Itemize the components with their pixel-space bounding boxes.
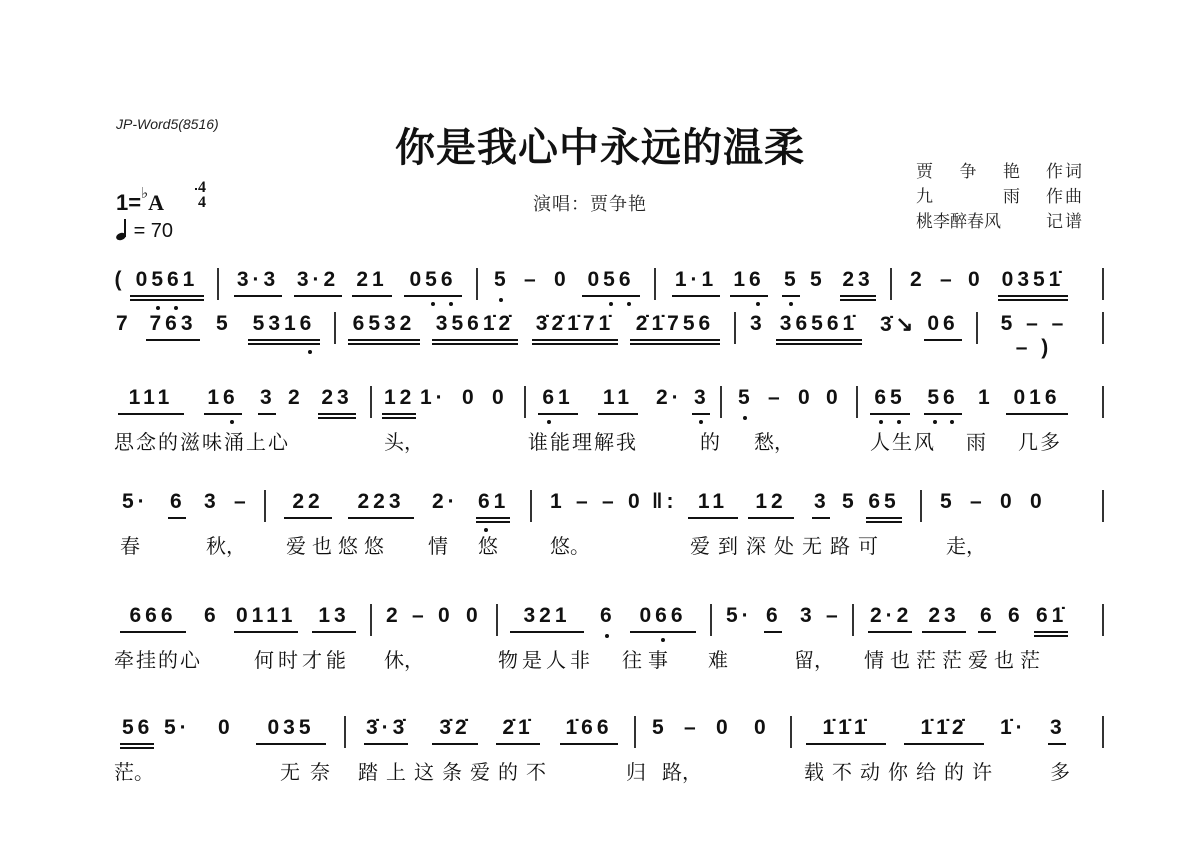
note-group: 0561 — [132, 268, 202, 292]
beam-underline — [866, 521, 902, 523]
notation-line: 77635531665323561̇2̇3̇2̇1̇71̇2̇1̇7563365… — [114, 304, 1104, 350]
note-group: 5 — [216, 312, 230, 336]
note-group: 6 — [980, 604, 994, 628]
octave-dot-below — [230, 420, 234, 424]
beam-underline — [510, 631, 584, 633]
notation-line: 5·63–222232·611––0‖:111235655–00 — [114, 482, 1104, 528]
beam-underline — [538, 413, 578, 415]
note-group: 223 — [350, 490, 412, 514]
note-group: 6 — [1008, 604, 1022, 628]
note-group: 016 — [1008, 386, 1066, 410]
note-group: 6 — [204, 604, 218, 628]
beam-underline — [348, 343, 420, 345]
note-group: 5 — [784, 268, 798, 292]
lyric-text: 茫。 — [114, 756, 154, 785]
note-group: 16 — [206, 386, 240, 410]
beam-underline — [764, 631, 782, 633]
beam-underline — [1034, 635, 1068, 637]
lyric-text: 往事 — [622, 644, 674, 673]
beam-underline — [120, 747, 154, 749]
barline — [344, 716, 346, 748]
note-group: 2· — [656, 386, 678, 410]
lyric-text: 头， — [384, 426, 424, 455]
note-group: 056 — [406, 268, 460, 292]
score-system-1: (05613·33·2210565–00561·11655232–00351̇ — [114, 260, 1104, 306]
note-group: 3 — [814, 490, 828, 514]
note-group: 5· — [164, 716, 186, 740]
note-group: 3̇2̇1̇71̇ — [534, 312, 616, 336]
beam-underline — [168, 517, 186, 519]
beam-underline — [582, 295, 640, 297]
note-group: 1· — [420, 386, 442, 410]
note-group: 763 — [148, 312, 198, 336]
barline — [790, 716, 792, 748]
octave-dot-below — [743, 416, 747, 420]
lyric-text: 愁， — [754, 426, 794, 455]
score-system-5: 66660111132–0032160665·63–2·2236661̇牵挂的心… — [114, 596, 1104, 642]
beam-underline — [806, 743, 886, 745]
beam-underline — [1034, 631, 1068, 633]
barline — [976, 312, 978, 344]
note-group: – — [576, 490, 590, 514]
note-group: 2 — [386, 604, 400, 628]
barline — [856, 386, 858, 418]
note-group: 0 — [628, 490, 642, 514]
note-group: 066 — [632, 604, 694, 628]
note-group: 1·1 — [674, 268, 718, 292]
barline — [852, 604, 854, 636]
barline-end — [1102, 268, 1104, 300]
lyrics-line: 牵挂的心何时才能休，物是人非往事难留，情也茫茫爱也茫 — [114, 644, 1104, 670]
barline — [634, 716, 636, 748]
note-group: 13 — [314, 604, 354, 628]
note-group: – — [412, 604, 426, 628]
octave-dot-below — [699, 420, 703, 424]
note-group: 5 — [940, 490, 954, 514]
beam-underline — [688, 517, 738, 519]
notation-line: 111163223121·0061112·35–0065561016 — [114, 378, 1104, 424]
barline — [920, 490, 922, 522]
octave-dot-below — [547, 420, 551, 424]
note-group: 0 — [466, 604, 480, 628]
note-group: 1̇1̇2̇ — [906, 716, 982, 740]
note-group: 22 — [286, 490, 330, 514]
lyric-text: 牵挂的心 — [114, 644, 202, 673]
note-group: 3·2 — [296, 268, 340, 292]
octave-dot-below — [499, 298, 503, 302]
note-group: 2· — [432, 490, 454, 514]
beam-underline — [748, 517, 794, 519]
barline — [720, 386, 722, 418]
lyric-text: 踏上这条爱的不 — [358, 756, 554, 785]
lyrics-line: 茫。无奈踏上这条爱的不归路，载不动你给的许多 — [114, 756, 1104, 782]
note-group: 65 — [868, 490, 900, 514]
beam-underline — [256, 743, 326, 745]
octave-dot-below — [879, 420, 883, 424]
note-group: 3 — [204, 490, 218, 514]
lyric-text: 爱也悠悠 — [286, 530, 390, 559]
beam-underline — [630, 339, 720, 341]
lyric-text: 路， — [662, 756, 702, 785]
note-group: 56 — [122, 716, 152, 740]
beam-underline — [922, 631, 966, 633]
note-group: 1̇1̇1̇ — [808, 716, 884, 740]
note-group: 3561̇2̇ — [434, 312, 516, 336]
barline — [710, 604, 712, 636]
octave-dot-below — [605, 634, 609, 638]
octave-dot-below — [897, 420, 901, 424]
lyric-text: 秋， — [206, 530, 246, 559]
note-group: 3̇2̇ — [434, 716, 476, 740]
beam-underline — [692, 413, 710, 415]
note-group: – — [970, 490, 984, 514]
barline — [524, 386, 526, 418]
barline — [496, 604, 498, 636]
barline-end — [1102, 312, 1104, 344]
beam-underline — [924, 339, 962, 341]
note-group: 056 — [584, 268, 638, 292]
barline — [264, 490, 266, 522]
note-group: 23 — [320, 386, 354, 410]
beam-underline — [294, 295, 342, 297]
barline-end — [1102, 716, 1104, 748]
barline-end — [1102, 604, 1104, 636]
octave-dot-below — [933, 420, 937, 424]
beam-underline — [432, 743, 478, 745]
note-group: 23 — [842, 268, 874, 292]
note-group: 12 — [750, 490, 792, 514]
barline — [217, 268, 219, 300]
lyric-text: 悠 — [478, 530, 498, 559]
note-group: – — [602, 490, 616, 514]
note-group: 6532 — [350, 312, 418, 336]
time-sig-divider — [195, 188, 197, 190]
notation-line: 565·00353̇·3̇3̇2̇2̇1̇1̇665–001̇1̇1̇1̇1̇2… — [114, 708, 1104, 754]
lyric-text: 难 — [708, 644, 728, 673]
octave-dot-below — [661, 638, 665, 642]
lyric-text: 春 — [120, 530, 140, 559]
note-group: ‖: — [652, 490, 674, 514]
note-group: 3 — [750, 312, 764, 336]
note-group: 56 — [926, 386, 960, 410]
time-signature: 4 4 — [194, 180, 210, 210]
lyric-text: 无奈 — [280, 756, 340, 785]
beam-underline — [476, 521, 510, 523]
beam-underline — [840, 295, 876, 297]
note-group: 1̇· — [1000, 716, 1022, 740]
score-system-4: 5·63–222232·611––0‖:111235655–00春秋，爱也悠悠情… — [114, 482, 1104, 528]
lyric-text: 何时才能 — [254, 644, 350, 673]
lyric-text: 思念的滋味涌上心 — [114, 426, 290, 455]
beam-underline — [532, 339, 618, 341]
note-group: 16 — [732, 268, 766, 292]
note-group: 0 — [754, 716, 768, 740]
key-prefix: 1= — [116, 190, 141, 215]
credit-composer: 九 雨 作曲 — [916, 185, 1084, 210]
score-system-3: 111163223121·0061112·35–0065561016思念的滋味涌… — [114, 378, 1104, 424]
barline — [334, 312, 336, 344]
barline — [890, 268, 892, 300]
note-group: 0 — [1000, 490, 1014, 514]
note-group: 5 — [738, 386, 752, 410]
beam-underline — [904, 743, 984, 745]
note-group: – — [768, 386, 782, 410]
note-group: 2·2 — [870, 604, 910, 628]
barline-end — [1102, 490, 1104, 522]
beam-underline — [352, 295, 392, 297]
beam-underline — [870, 413, 910, 415]
score-system-2: 77635531665323561̇2̇3̇2̇1̇71̇2̇1̇7563365… — [114, 304, 1104, 350]
barline — [654, 268, 656, 300]
lyrics-line: 春秋，爱也悠悠情悠悠。爱到深处无路可走， — [114, 530, 1104, 556]
lyric-text: 留， — [794, 644, 834, 673]
beam-underline — [120, 743, 154, 745]
beam-underline — [866, 517, 902, 519]
note-group: 3̇↘ — [880, 312, 904, 337]
beam-underline — [978, 631, 996, 633]
note-group: 65 — [872, 386, 908, 410]
note-group: 06 — [926, 312, 960, 336]
octave-dot-below — [308, 350, 312, 354]
beam-underline — [318, 413, 356, 415]
barline-end — [1102, 386, 1104, 418]
note-group: 5· — [726, 604, 748, 628]
lyric-text: 的 — [700, 426, 720, 455]
time-sig-bottom: 4 — [198, 194, 206, 211]
beam-underline — [120, 631, 186, 633]
note-group: 1 — [978, 386, 992, 410]
beam-underline — [998, 299, 1068, 301]
tempo-value: = 70 — [134, 220, 173, 242]
beam-underline — [630, 343, 720, 345]
note-group: 11 — [600, 386, 636, 410]
beam-underline — [130, 299, 204, 301]
beam-underline — [730, 295, 768, 297]
beam-underline — [812, 517, 830, 519]
beam-underline — [248, 343, 320, 345]
note-group: 0 — [1030, 490, 1044, 514]
lyrics-line: 思念的滋味涌上心头，谁能理解我的愁，人生风雨几多 — [114, 426, 1104, 452]
beam-underline — [840, 299, 876, 301]
note-group: 5 — [810, 268, 824, 292]
lyric-text: 情 — [428, 530, 448, 559]
beam-underline — [382, 413, 416, 415]
note-group: 36561̇ — [778, 312, 860, 336]
note-group: 2 — [910, 268, 924, 292]
beam-underline — [234, 631, 298, 633]
beam-underline — [348, 517, 414, 519]
key-note: A — [148, 190, 164, 215]
note-group: 2 — [288, 386, 302, 410]
key-signature: 1=♭A 4 4 — [116, 184, 164, 216]
beam-underline — [348, 339, 420, 341]
beam-underline — [432, 339, 518, 341]
note-group: 3·3 — [236, 268, 280, 292]
note-group: 0 — [968, 268, 982, 292]
beam-underline — [404, 295, 462, 297]
lyric-text: 悠。 — [550, 530, 590, 559]
lyric-text: 人生风 — [870, 426, 936, 455]
credits-block: 贾 争 艳 作词 九 雨 作曲 桃李醉春风 记谱 — [916, 160, 1084, 235]
beam-underline — [312, 631, 356, 633]
beam-underline — [776, 343, 862, 345]
note-group: ( — [114, 268, 126, 292]
beam-underline — [1006, 413, 1068, 415]
note-group: 321 — [512, 604, 582, 628]
beam-underline — [146, 339, 200, 341]
note-group: – — [684, 716, 698, 740]
lyric-text: 物是人非 — [498, 644, 594, 673]
beam-underline — [234, 295, 282, 297]
note-group: 5 — [494, 268, 508, 292]
note-group: 666 — [122, 604, 184, 628]
lyric-text: 载不动你给的许 — [804, 756, 1000, 785]
beam-underline — [318, 417, 356, 419]
beam-underline — [204, 413, 242, 415]
note-group: 0 — [716, 716, 730, 740]
credit-lyricist: 贾 争 艳 作词 — [916, 160, 1084, 185]
note-group: 11 — [690, 490, 736, 514]
lyric-text: 多 — [1050, 756, 1070, 785]
barline — [530, 490, 532, 522]
beam-underline — [776, 339, 862, 341]
note-group: 5316 — [250, 312, 318, 336]
barline — [370, 386, 372, 418]
lyric-text: 情也茫茫爱也茫 — [864, 644, 1046, 673]
note-group: 1̇66 — [562, 716, 616, 740]
note-group: 61̇ — [1036, 604, 1066, 628]
beam-underline — [630, 631, 696, 633]
note-group: 0 — [438, 604, 452, 628]
barline — [734, 312, 736, 344]
credit-transcriber: 桃李醉春风 记谱 — [916, 210, 1084, 235]
beam-underline — [924, 413, 962, 415]
tempo-marking: = 70 — [116, 220, 173, 243]
note-group: 23 — [924, 604, 964, 628]
note-group: 5 — [842, 490, 856, 514]
notation-line: (05613·33·2210565–00561·11655232–00351̇ — [114, 260, 1104, 306]
beam-underline — [598, 413, 638, 415]
lyric-text: 几多 — [1018, 426, 1062, 455]
note-group: 5 — [652, 716, 666, 740]
lyric-text: 归 — [626, 756, 646, 785]
note-group: 6 — [170, 490, 184, 514]
note-group: 5 – – – ) — [994, 312, 1074, 360]
note-group: 6 — [600, 604, 614, 628]
note-group: 2̇1̇756 — [632, 312, 718, 336]
octave-dot-below — [950, 420, 954, 424]
beam-underline — [258, 413, 276, 415]
beam-underline — [1048, 743, 1066, 745]
beam-underline — [248, 339, 320, 341]
note-group: – — [524, 268, 538, 292]
note-group: 0111 — [236, 604, 296, 628]
note-group: 0 — [462, 386, 476, 410]
beam-underline — [782, 295, 800, 297]
note-group: 2̇1̇ — [498, 716, 538, 740]
notation-line: 66660111132–0032160665·63–2·2236661̇ — [114, 596, 1104, 642]
beam-underline — [532, 343, 618, 345]
lyric-text: 谁能理解我 — [528, 426, 638, 455]
note-group: 7 — [116, 312, 130, 336]
note-group: 3 — [260, 386, 274, 410]
note-group: 0 — [554, 268, 568, 292]
beam-underline — [560, 743, 618, 745]
note-group: 0 — [826, 386, 840, 410]
note-group: 035 — [258, 716, 324, 740]
beam-underline — [118, 413, 184, 415]
note-group: 61 — [540, 386, 576, 410]
beam-underline — [364, 743, 408, 745]
note-group: 0 — [492, 386, 506, 410]
note-group: 3 — [1050, 716, 1064, 740]
note-group: 12 — [384, 386, 414, 410]
lyric-text: 休， — [384, 644, 424, 673]
note-group: – — [826, 604, 840, 628]
barline — [476, 268, 478, 300]
quarter-note-icon — [116, 220, 128, 240]
note-group: 3 — [800, 604, 814, 628]
note-group: 111 — [120, 386, 182, 410]
beam-underline — [476, 517, 510, 519]
score-system-6: 565·00353̇·3̇3̇2̇2̇1̇1̇665–001̇1̇1̇1̇1̇2… — [114, 708, 1104, 754]
lyric-text: 爱到深处无路可 — [690, 530, 886, 559]
note-group: 3 — [694, 386, 708, 410]
note-group: 0 — [218, 716, 232, 740]
note-group: 0351̇ — [1000, 268, 1066, 292]
note-group: – — [940, 268, 954, 292]
note-group: 5· — [122, 490, 144, 514]
note-group: 1 — [550, 490, 564, 514]
barline — [370, 604, 372, 636]
beam-underline — [672, 295, 720, 297]
note-group: 61 — [478, 490, 508, 514]
note-group: – — [234, 490, 248, 514]
beam-underline — [284, 517, 332, 519]
note-group: 0 — [798, 386, 812, 410]
beam-underline — [998, 295, 1068, 297]
beam-underline — [432, 343, 518, 345]
note-group: 3̇·3̇ — [366, 716, 406, 740]
note-group: 6 — [766, 604, 780, 628]
beam-underline — [382, 417, 416, 419]
lyric-text: 雨 — [966, 426, 986, 455]
note-group: 21 — [354, 268, 390, 292]
beam-underline — [868, 631, 912, 633]
beam-underline — [130, 295, 204, 297]
beam-underline — [496, 743, 540, 745]
singer-credit: 演唱：贾争艳 — [533, 190, 647, 216]
lyric-text: 走， — [946, 530, 986, 559]
